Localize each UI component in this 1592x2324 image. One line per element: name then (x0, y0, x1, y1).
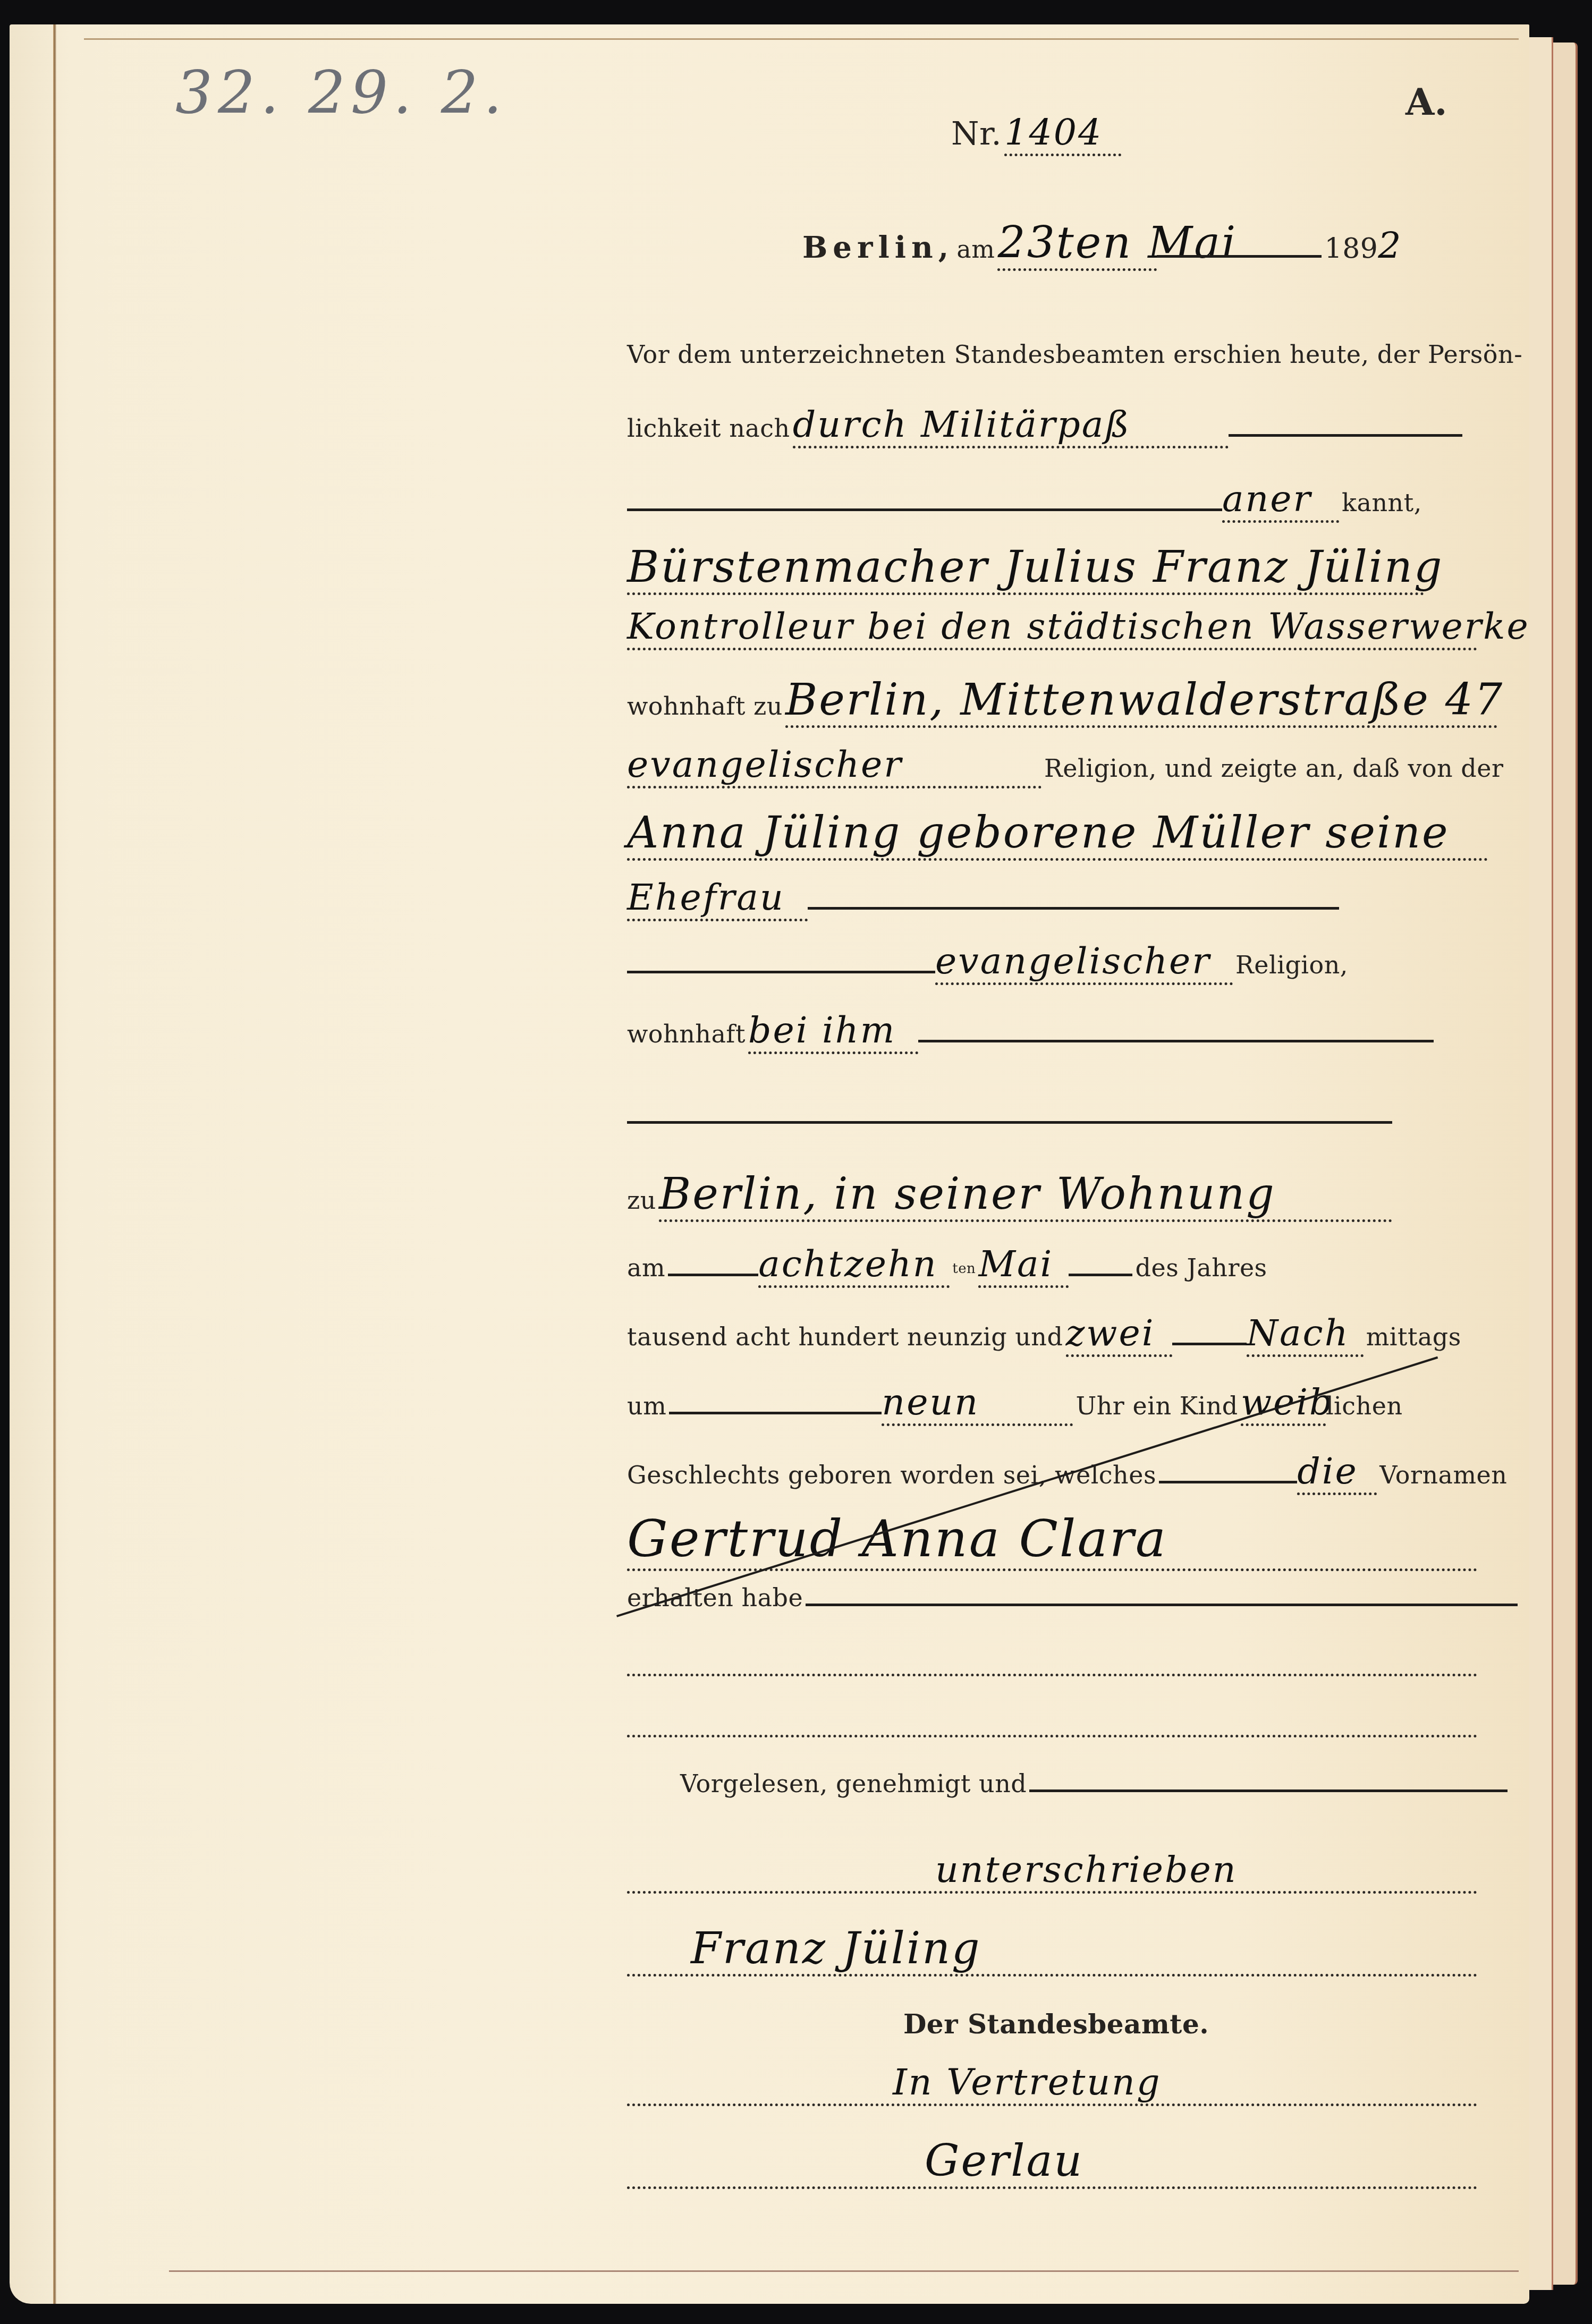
number-label: Nr. (951, 115, 1002, 152)
blank-rule (627, 1735, 1477, 1737)
date-prefix: am (956, 235, 995, 264)
religion-line-2: evangelischer Religion, (627, 940, 1348, 985)
informant-signature: Franz Jüling (691, 1923, 981, 1974)
read-approved-label: Vorgelesen, genehmigt und (680, 1769, 1027, 1798)
mother-relation: Ehefrau (627, 877, 785, 919)
registrar-deputy: In Vertretung (893, 2062, 1161, 2104)
religion-2-value: evangelischer (935, 940, 1211, 982)
blank-rule (627, 1674, 1477, 1676)
names-label: Vornamen (1379, 1461, 1507, 1489)
received-line: erhalten habe (627, 1583, 1518, 1612)
mother-residence-line: wohnhaft bei ihm (627, 1010, 1434, 1054)
sex-suffix: lichen (1326, 1392, 1403, 1420)
child-names-line: Gertrud Anna Clara (627, 1509, 1477, 1571)
year-printed: 189 (1325, 233, 1378, 265)
religion-2-text: Religion, (1235, 951, 1348, 979)
known-label: kannt, (1342, 488, 1422, 517)
signed-line: unterschrieben (627, 1849, 1477, 1894)
residence-line: wohnhaft zu Berlin, Mittenwalderstraße 4… (627, 675, 1497, 728)
birthdate-day: achtzehn (758, 1243, 937, 1285)
child-names: Gertrud Anna Clara (627, 1509, 1167, 1568)
birthdate-line: am achtzehn ten Mai des Jahres (627, 1243, 1267, 1288)
binding-gutter (53, 24, 56, 2304)
mother-residence-value: bei ihm (748, 1010, 896, 1051)
birthdate-year-label: des Jahres (1136, 1253, 1267, 1282)
hour-text: Uhr ein Kind (1076, 1392, 1238, 1420)
mother-residence-label: wohnhaft (627, 1020, 746, 1048)
intro-text: Vor dem unterzeichneten Standesbeamten e… (627, 340, 1522, 369)
birthdate-month: Mai (978, 1243, 1053, 1285)
date-line: Berlin, am 23ten Mai 1892 (802, 218, 1403, 271)
hour-label: um (627, 1392, 666, 1420)
mother-name: Anna Jüling geborene Müller seine (627, 808, 1450, 858)
informant-signature-line: Franz Jüling (627, 1923, 1477, 1977)
time-of-day-label: mittags (1366, 1322, 1461, 1351)
year-words-hand: zwei (1066, 1312, 1155, 1354)
informant-name-line: Bürstenmacher Julius Franz Jüling (627, 542, 1467, 595)
time-of-day: Nach (1247, 1312, 1350, 1354)
identity-line: lichkeit nach durch Militärpaß (627, 404, 1462, 448)
page-bottom-edge (169, 2270, 1519, 2272)
place-label: Berlin, (802, 230, 954, 265)
mother-line-2: Ehefrau (627, 877, 1339, 921)
year-handwritten: 2 (1378, 225, 1402, 267)
registrar-deputy-line: In Vertretung (627, 2062, 1477, 2106)
religion-1-value: evangelischer (627, 744, 903, 786)
year-words-line: tausend acht hundert neunzig und zweiNac… (627, 1312, 1461, 1357)
informant-name: Bürstenmacher Julius Franz Jüling (627, 542, 1443, 592)
received-label: erhalten habe (627, 1583, 803, 1612)
year-words-printed: tausend acht hundert neunzig und (627, 1322, 1063, 1351)
read-approved-line: Vorgelesen, genehmigt und (680, 1769, 1508, 1798)
sex-value: weib (1241, 1381, 1334, 1423)
birthplace-line: zu Berlin, in seiner Wohnung (627, 1169, 1392, 1222)
birthdate-label: am (627, 1253, 665, 1282)
date-value: 23ten Mai (997, 218, 1237, 268)
birthplace-value: Berlin, in seiner Wohnung (659, 1169, 1276, 1219)
identity-value: durch Militärpaß (793, 404, 1131, 446)
hour-value: neun (882, 1381, 979, 1423)
entry-number: Nr. 1404 (951, 112, 1121, 156)
page-top-edge (84, 38, 1519, 40)
identity-label: lichkeit nach (627, 414, 790, 443)
informant-occupation: Kontrolleur bei den städtischen Wasserwe… (627, 606, 1530, 648)
blank-rule (627, 1121, 1392, 1124)
known-line: aner kannt, (627, 478, 1422, 523)
informant-occupation-line: Kontrolleur bei den städtischen Wasserwe… (627, 606, 1477, 650)
known-prefix: aner (1222, 478, 1312, 520)
names-article: die (1297, 1451, 1358, 1492)
religion-line-1: evangelischer Religion, und zeigte an, d… (627, 744, 1503, 788)
birthdate-suffix: ten (952, 1261, 976, 1277)
signed-word: unterschrieben (935, 1849, 1238, 1891)
residence-value: Berlin, Mittenwalderstraße 47 (785, 675, 1504, 725)
residence-label: wohnhaft zu (627, 692, 783, 720)
pencil-annotation: 32. 29. 2. (175, 58, 507, 126)
mother-line-1: Anna Jüling geborene Müller seine (627, 808, 1488, 861)
form-letter: A. (1405, 80, 1447, 124)
registrar-title: Der Standesbeamte. (903, 2008, 1209, 2040)
birthplace-label: zu (627, 1186, 656, 1215)
registrar-signature: Gerlau (925, 2136, 1083, 2186)
registrar-signature-line: Gerlau (627, 2136, 1477, 2189)
religion-1-text: Religion, und zeigte an, daß von der (1044, 754, 1503, 783)
gender-text: Geschlechts geboren worden sei, welches (627, 1461, 1156, 1489)
number-value: 1404 (1004, 112, 1103, 154)
